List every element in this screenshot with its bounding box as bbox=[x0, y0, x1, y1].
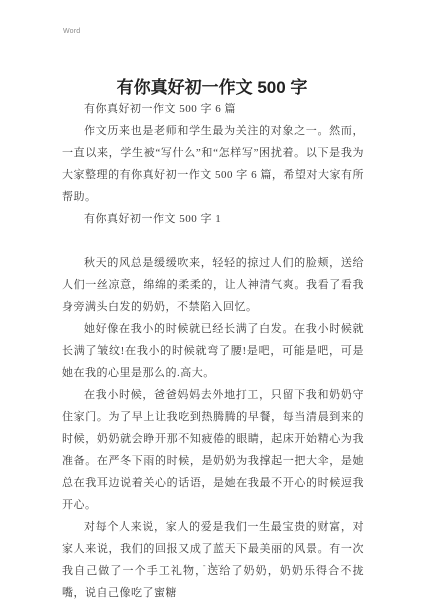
paragraph-body-2: 她好像在我小的时候就已经长满了白发。在我小时候就长满了皱纹!在我小的时候就弯了腰… bbox=[62, 318, 364, 384]
paragraph-intro-count: 有你真好初一作文 500 字 6 篇 bbox=[62, 98, 364, 120]
paragraph-body-4: 对每个人来说，家人的爱是我们一生最宝贵的财富，对家人来说，我们的回报又成了蓝天下… bbox=[62, 516, 364, 600]
page-number: - 1 - bbox=[0, 561, 424, 570]
paragraph-section-heading: 有你真好初一作文 500 字 1 bbox=[62, 208, 364, 230]
paragraph-body-3: 在我小时候，爸爸妈妈去外地打工，只留下我和奶奶守住家门。为了早上让我吃到热腾腾的… bbox=[62, 384, 364, 516]
paragraph-body-1: 秋天的风总是缓缓吹来，轻轻的掠过人们的脸颊，送给人们一丝凉意，绵绵的柔柔的，让人… bbox=[62, 252, 364, 318]
document-body: 有你真好初一作文 500 字 6 篇 作文历来也是老师和学生最为关注的对象之一。… bbox=[62, 98, 364, 600]
document-page: Word 有你真好初一作文 500 字 有你真好初一作文 500 字 6 篇 作… bbox=[0, 0, 424, 600]
paragraph-intro-text: 作文历来也是老师和学生最为关注的对象之一。然而，一直以来，学生被“写什么”和“怎… bbox=[62, 120, 364, 208]
document-title: 有你真好初一作文 500 字 bbox=[0, 73, 424, 98]
word-app-label: Word bbox=[63, 28, 80, 35]
